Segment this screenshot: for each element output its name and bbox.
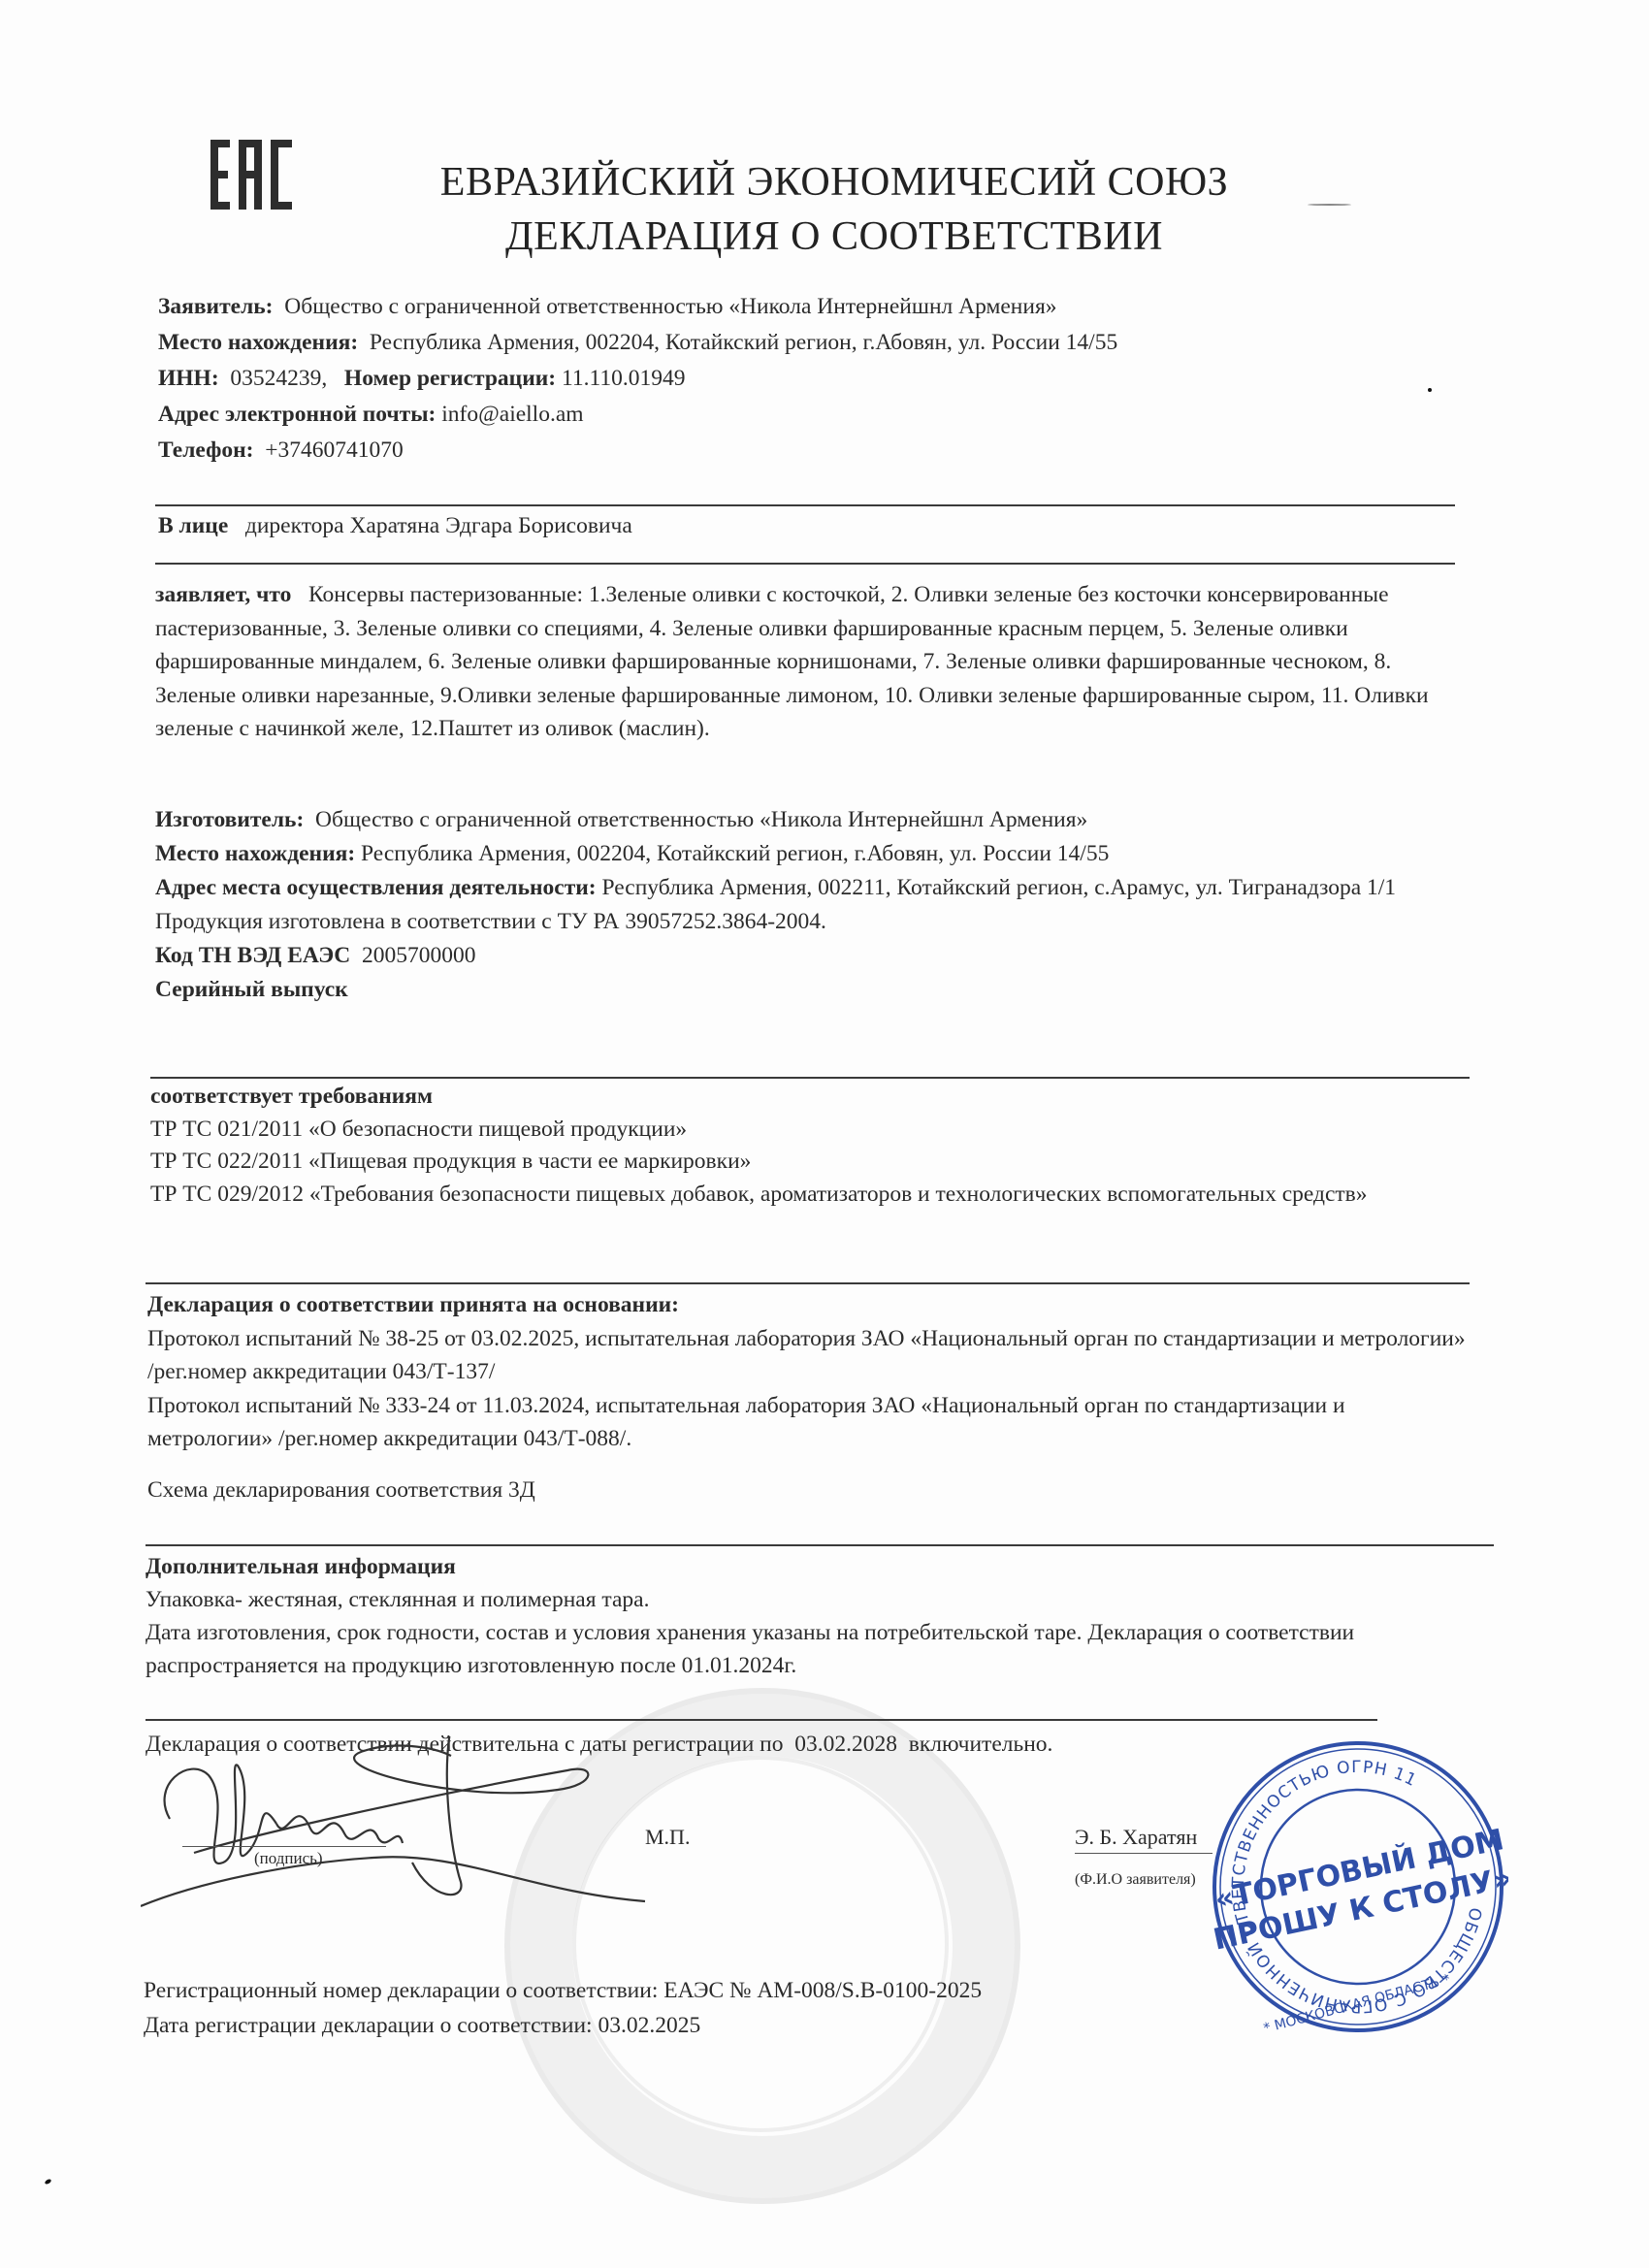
requirement-item: ТР ТС 021/2011 «О безопасности пищевой п… — [150, 1114, 1470, 1147]
phone-row: Телефон: +37460741070 — [158, 433, 1419, 469]
divider — [145, 1719, 1377, 1721]
code-label: Код ТН ВЭД ЕАЭС — [155, 943, 350, 968]
eac-logo-icon — [209, 136, 296, 213]
manufacturer-label: Изготовитель: — [155, 807, 304, 832]
registration-number-label: Регистрационный номер декларации о соотв… — [144, 1978, 658, 2003]
manufacturer-value: Общество с ограниченной ответственностью… — [315, 807, 1087, 832]
applicant-value: Общество с ограниченной ответственностью… — [284, 294, 1056, 319]
registration-date-label: Дата регистрации декларации о соответств… — [144, 2013, 593, 2038]
applicant-label: Заявитель: — [158, 294, 274, 319]
additional-heading: Дополнительная информация — [145, 1550, 1484, 1583]
phone-label: Телефон: — [158, 437, 254, 463]
manufacturer-block: Изготовитель: Общество с ограниченной от… — [155, 803, 1465, 1007]
representative-label: В лице — [158, 513, 228, 538]
tu-row: Продукция изготовлена в соответствии с Т… — [155, 905, 1465, 939]
requirement-item: ТР ТС 022/2011 «Пищевая продукция в част… — [150, 1146, 1470, 1179]
scan-speck — [1428, 388, 1432, 392]
divider — [155, 504, 1455, 506]
registration-date-value: 03.02.2025 — [598, 2013, 700, 2038]
protocol-item: Протокол испытаний № 38-25 от 03.02.2025… — [147, 1322, 1467, 1389]
registration-number-row: Регистрационный номер декларации о соотв… — [144, 1973, 1405, 2008]
manufacturer-row: Изготовитель: Общество с ограниченной от… — [155, 803, 1465, 837]
validity-date: 03.02.2028 — [794, 1732, 897, 1757]
declaration-page: ЕВРАЗИЙСКИЙ ЭКОНОМИЧЕСИЙ СОЮЗ ДЕКЛАРАЦИЯ… — [0, 0, 1649, 2268]
serial-row: Серийный выпуск — [155, 973, 1465, 1007]
requirements-heading: соответствует требованиям — [150, 1081, 1470, 1114]
divider — [150, 1077, 1470, 1079]
code-row: Код ТН ВЭД ЕАЭС 2005700000 — [155, 939, 1465, 973]
requirement-item: ТР ТС 029/2012 «Требования безопасности … — [150, 1179, 1392, 1212]
document-header: ЕВРАЗИЙСКИЙ ЭКОНОМИЧЕСИЙ СОЮЗ ДЕКЛАРАЦИЯ… — [369, 155, 1300, 264]
basis-heading: Декларация о соответствии принята на осн… — [147, 1288, 1467, 1322]
representative-value: директора Харатяна Эдгара Борисовича — [245, 513, 632, 538]
email-value: info@aiello.am — [441, 402, 583, 427]
declares-text: Консервы пастеризованные: 1.Зеленые олив… — [155, 582, 1429, 741]
applicant-block: Заявитель: Общество с ограниченной ответ… — [158, 289, 1419, 469]
seal-place-label: М.П. — [645, 1822, 690, 1853]
reg-label: Номер регистрации: — [344, 366, 556, 391]
additional-note: Дата изготовления, срок годности, состав… — [145, 1616, 1484, 1682]
protocol-item: Протокол испытаний № 333-24 от 11.03.202… — [147, 1389, 1467, 1456]
signer-caption: (Ф.И.О заявителя) — [1075, 1864, 1196, 1895]
packaging-text: Упаковка- жестяная, стеклянная и полимер… — [145, 1583, 1484, 1616]
scan-mark — [1308, 204, 1351, 206]
requirements-block: соответствует требованиям ТР ТС 021/2011… — [150, 1081, 1470, 1211]
email-label: Адрес электронной почты: — [158, 402, 436, 427]
divider — [155, 563, 1455, 565]
inn-label: ИНН: — [158, 366, 219, 391]
applicant-location-row: Место нахождения: Республика Армения, 00… — [158, 325, 1419, 361]
scan-speck — [44, 2179, 51, 2186]
code-value: 2005700000 — [362, 943, 476, 968]
declares-block: заявляет, что Консервы пастеризованные: … — [155, 578, 1465, 746]
basis-block: Декларация о соответствии принята на осн… — [147, 1288, 1467, 1507]
declares-label: заявляет, что — [155, 582, 291, 607]
registration-number-value: ЕАЭС № AM-008/S.B-0100-2025 — [663, 1978, 982, 2003]
signer-name: Э. Б. Харатян — [1075, 1822, 1212, 1854]
activity-row: Адрес места осуществления деятельности: … — [155, 871, 1455, 905]
divider — [145, 1282, 1470, 1284]
location-label: Место нахождения: — [158, 330, 358, 355]
manufacturer-location-label: Место нахождения: — [155, 841, 355, 866]
inn-value: 03524239, — [230, 366, 327, 391]
manufacturer-location-row: Место нахождения: Республика Армения, 00… — [155, 837, 1465, 871]
union-title: ЕВРАЗИЙСКИЙ ЭКОНОМИЧЕСИЙ СОЮЗ — [369, 155, 1300, 210]
manufacturer-location-value: Республика Армения, 002204, Котайкский р… — [361, 841, 1109, 866]
additional-block: Дополнительная информация Упаковка- жест… — [145, 1550, 1484, 1682]
divider — [145, 1544, 1494, 1546]
activity-value: Республика Армения, 002211, Котайкский р… — [602, 875, 1397, 900]
registration-date-row: Дата регистрации декларации о соответств… — [144, 2008, 1405, 2043]
document-title: ДЕКЛАРАЦИЯ О СООТВЕТСТВИИ — [369, 210, 1300, 264]
inn-row: ИНН: 03524239, Номер регистрации: 11.110… — [158, 361, 1419, 397]
location-value: Республика Армения, 002204, Котайкский р… — [370, 330, 1117, 355]
validity-suffix: включительно. — [909, 1732, 1053, 1757]
phone-value: +37460741070 — [265, 437, 404, 463]
applicant-row: Заявитель: Общество с ограниченной ответ… — [158, 289, 1419, 325]
representative-row: В лице директора Харатяна Эдгара Борисов… — [158, 510, 1419, 541]
declaration-scheme: Схема декларирования соответствия 3Д — [147, 1474, 1467, 1507]
email-row: Адрес электронной почты: info@aiello.am — [158, 397, 1419, 433]
registration-block: Регистрационный номер декларации о соотв… — [144, 1973, 1405, 2043]
signature-caption: (подпись) — [254, 1843, 323, 1874]
reg-value: 11.110.01949 — [562, 366, 686, 391]
activity-label: Адрес места осуществления деятельности: — [155, 875, 597, 900]
